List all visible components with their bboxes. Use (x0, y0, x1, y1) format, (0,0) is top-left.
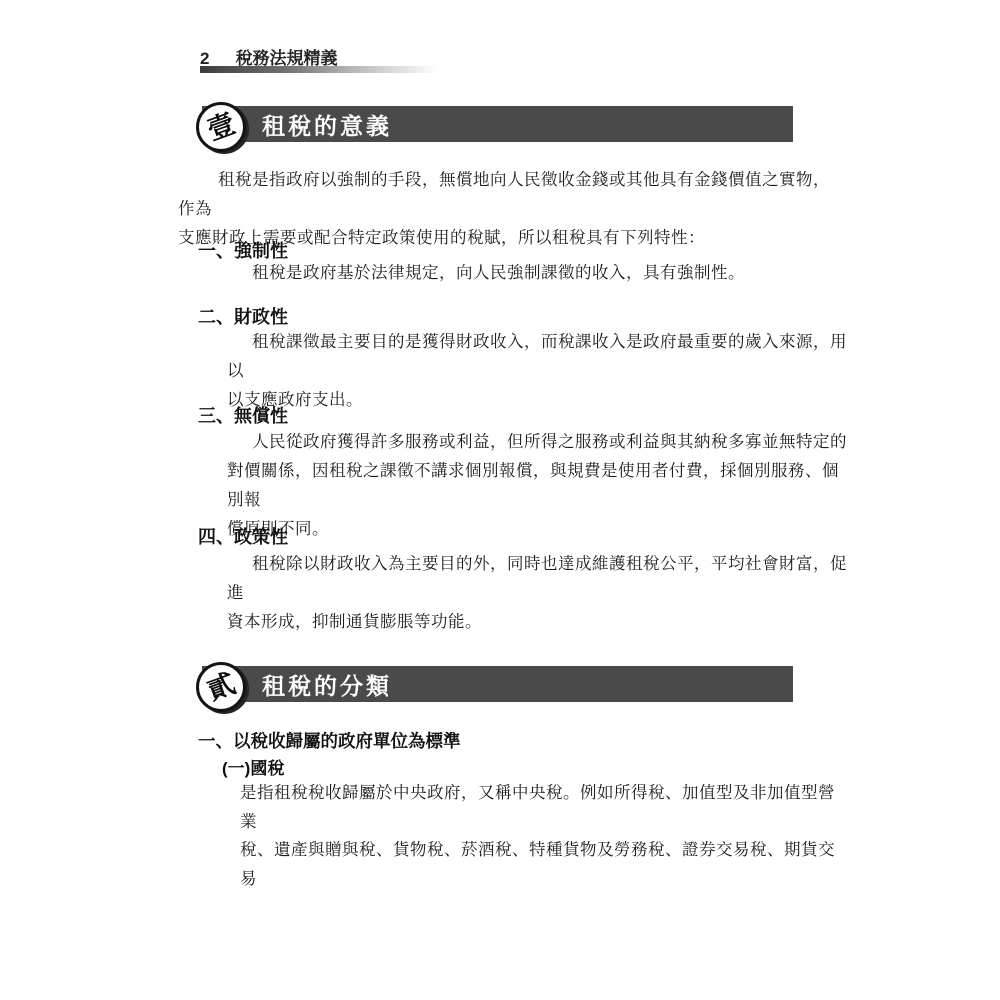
section2-heading-1: 一、以稅收歸屬的政府單位為標準 (198, 731, 461, 751)
subsection-heading-3: 三、無償性 (198, 406, 288, 426)
section2-item1-body: 是指租稅稅收歸屬於中央政府，又稱中央稅。例如所得稅、加值型及非加值型營業 稅、遺… (240, 779, 840, 893)
section2-item1-label: (一)國稅 (222, 759, 284, 779)
subsection-body-1: 租稅是政府基於法律規定，向人民強制課徵的收入，具有強制性。 (227, 258, 847, 287)
book-page: 2 稅務法規精義 租稅的意義 壹 租稅是指政府以強制的手段，無償地向人民徵收金錢… (0, 0, 1000, 1000)
subsection-body-4: 租稅除以財政收入為主要目的外，同時也達成維護租稅公平，平均社會財富，促進 資本形… (227, 549, 847, 636)
section2-badge-char: 貳 (204, 670, 239, 705)
section1-intro-paragraph: 租稅是指政府以強制的手段，無償地向人民徵收金錢或其他具有金錢價值之實物，作為 支… (178, 165, 838, 252)
section2-badge: 貳 (196, 662, 246, 712)
section1-badge: 壹 (196, 102, 246, 152)
header-gradient-rule (200, 66, 438, 73)
section2-banner: 租稅的分類 (202, 666, 793, 702)
subsection-body-2: 租稅課徵最主要目的是獲得財政收入，而稅課收入是政府最重要的歲入來源，用以 以支應… (227, 327, 847, 414)
subsection-heading-4: 四、政策性 (198, 527, 288, 547)
section1-banner: 租稅的意義 (202, 106, 793, 142)
subsection-body-3: 人民從政府獲得許多服務或利益，但所得之服務或利益與其納稅多寡並無特定的 對價關係… (227, 427, 847, 543)
section1-badge-char: 壹 (204, 110, 239, 145)
subsection-heading-2: 二、財政性 (198, 307, 288, 327)
